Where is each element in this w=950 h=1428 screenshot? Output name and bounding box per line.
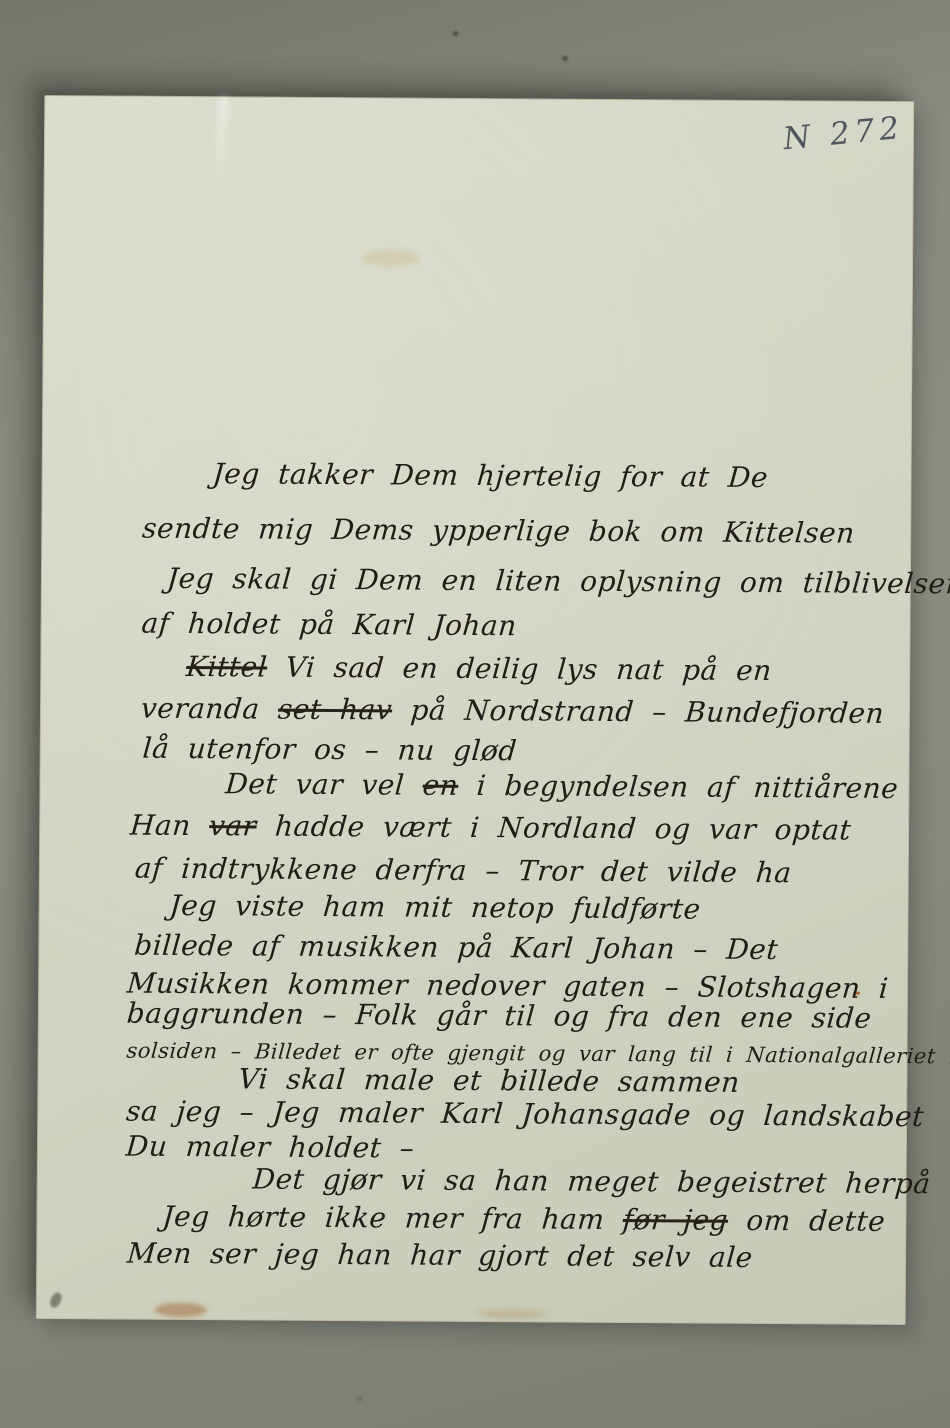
- paper-fleck-edge: [48, 1291, 64, 1310]
- paper-stain-top: [362, 250, 420, 266]
- handwritten-text: lå utenfor os – nu glød: [141, 732, 518, 768]
- handwritten-text: Det gjør vi sa han meget begeistret herp…: [251, 1162, 931, 1200]
- struck-text: var: [208, 809, 258, 842]
- handwritten-line: sa jeg – Jeg maler Karl Johansgade og la…: [125, 1095, 925, 1135]
- handwritten-text: Vi skal male et billede sammen: [237, 1062, 741, 1098]
- handwritten-text: om dette: [727, 1204, 887, 1238]
- handwritten-text: sa jeg – Jeg maler Karl Johansgade og la…: [125, 1095, 925, 1134]
- handwritten-text: Jeg hørte ikke mer fra ham: [161, 1200, 624, 1236]
- handwritten-text: Vi sad en deilig lys nat på en: [266, 651, 773, 688]
- handwritten-text: i begyndelsen af nittiårene: [457, 769, 900, 805]
- handwritten-text: Det var vel: [224, 767, 424, 801]
- struck-text: en: [421, 769, 459, 802]
- paper-crease: [214, 97, 228, 183]
- handwritten-text: sendte mig Dems ypperlige bok om Kittels…: [141, 512, 856, 550]
- handwritten-text: baggrunden – Folk går til og fra den ene…: [126, 997, 873, 1035]
- manuscript-page: N 272 Jeg takker Dem hjertelig for at De…: [36, 95, 915, 1325]
- handwritten-text: Jeg skal gi Dem en liten oplysning om ti…: [166, 562, 950, 601]
- handwritten-line: Han var hadde vært i Nordland og var opt…: [129, 809, 853, 848]
- handwriting-block: Jeg takker Dem hjertelig for at Desendte…: [131, 453, 931, 459]
- handwritten-line: Kittel Vi sad en deilig lys nat på en: [185, 650, 773, 688]
- handwritten-line: Det var vel en i begyndelsen af nittiåre…: [224, 767, 899, 806]
- struck-text: Kittel: [185, 650, 268, 684]
- struck-text: før jeg: [622, 1203, 730, 1237]
- handwritten-text: veranda: [140, 692, 280, 726]
- backdrop-speck: [356, 1396, 363, 1401]
- handwritten-text: af holdet på Karl Johan: [140, 607, 518, 643]
- backdrop-speck: [562, 56, 568, 61]
- paper-stain-bottom-faint: [477, 1309, 547, 1318]
- handwritten-line: Jeg takker Dem hjertelig for at De: [211, 457, 769, 495]
- handwritten-line: lå utenfor os – nu glød: [141, 732, 518, 769]
- handwritten-line: Du maler holdet –: [125, 1130, 416, 1166]
- handwritten-text: Du maler holdet –: [125, 1130, 416, 1165]
- handwritten-line: Jeg skal gi Dem en liten oplysning om ti…: [166, 562, 950, 602]
- handwritten-line: veranda set hav på Nordstrand – Bundefjo…: [140, 692, 886, 731]
- handwritten-line: sendte mig Dems ypperlige bok om Kittels…: [141, 512, 856, 551]
- handwritten-line: af holdet på Karl Johan: [140, 607, 518, 644]
- handwritten-line: baggrunden – Folk går til og fra den ene…: [126, 997, 873, 1036]
- handwritten-text: billede af musikken på Karl Johan – Det: [133, 929, 779, 966]
- archive-number: N 272: [782, 110, 906, 158]
- handwritten-text: Jeg viste ham mit netop fuldførte: [168, 889, 702, 926]
- handwritten-text: Jeg takker Dem hjertelig for at De: [211, 457, 769, 494]
- backdrop-speck: [453, 31, 458, 36]
- handwritten-text: Men ser jeg han har gjort det selv ale: [126, 1237, 754, 1274]
- handwritten-text: Han: [129, 809, 211, 843]
- handwritten-line: Jeg viste ham mit netop fuldførte: [168, 889, 702, 927]
- paper-stain-bottom: [155, 1303, 207, 1317]
- handwritten-line: Vi skal male et billede sammen: [237, 1062, 741, 1099]
- handwritten-text: hadde vært i Nordland og var optat: [255, 809, 852, 846]
- handwritten-line: af indtrykkene derfra – Tror det vilde h…: [134, 852, 793, 891]
- struck-text: set hav: [277, 693, 394, 727]
- handwritten-line: Men ser jeg han har gjort det selv ale: [126, 1237, 754, 1275]
- handwritten-line: Det gjør vi sa han meget begeistret herp…: [251, 1162, 931, 1201]
- handwritten-text: af indtrykkene derfra – Tror det vilde h…: [134, 852, 793, 890]
- handwritten-line: Jeg hørte ikke mer fra ham før jeg om de…: [161, 1200, 886, 1239]
- handwritten-line: billede af musikken på Karl Johan – Det: [133, 929, 779, 967]
- handwritten-text: på Nordstrand – Bundefjorden: [391, 693, 886, 729]
